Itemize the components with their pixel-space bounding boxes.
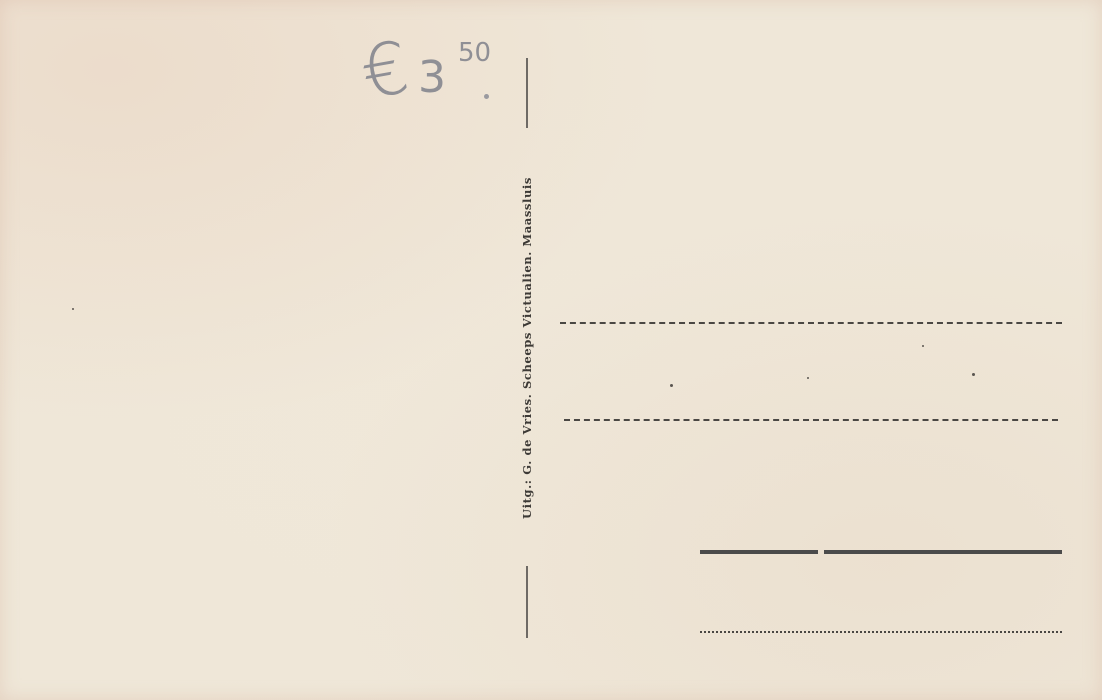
postcard-back: € 3 50 Uitg.: G. de Vries. Scheeps Victu… <box>0 0 1102 700</box>
price-decimal: 50 <box>458 40 491 66</box>
address-line-2 <box>564 419 1058 421</box>
price-dot <box>484 94 489 99</box>
address-line-3-right <box>824 550 1062 554</box>
paper-speck <box>807 377 809 379</box>
price-currency: € <box>356 31 414 110</box>
center-divider-top <box>526 58 528 128</box>
paper-speck <box>972 373 975 376</box>
paper-speck <box>72 308 74 310</box>
paper-speck <box>922 345 924 347</box>
paper-speck <box>670 384 673 387</box>
address-line-3-left <box>700 550 818 554</box>
center-divider-bottom <box>526 566 528 638</box>
price-integer: 3 <box>418 56 446 100</box>
address-line-4 <box>700 631 1062 633</box>
publisher-imprint: Uitg.: G. de Vries. Scheeps Victualien. … <box>520 177 534 519</box>
address-line-1 <box>560 322 1062 324</box>
